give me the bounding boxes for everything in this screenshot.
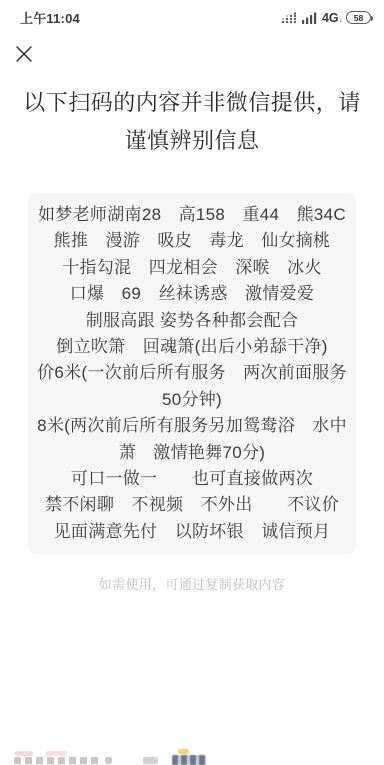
scan-warning-title: 以下扫码的内容并非微信提供，请谨慎辨别信息 [18,84,366,160]
status-bar: 上午11:04 4G¹ 58 [0,0,384,28]
scanned-content-card: 如梦老师湖南28 高158 重44 熊34C 熊推 漫游 吸皮 毒龙 仙女摘桃 … [28,193,356,554]
content-line: 倒立吹箫 回魂箫(出后小弟舔干净) [32,334,352,360]
content-line: 萧 激情艳舞70分) [32,440,352,466]
signal-sim1-icon [281,12,297,24]
clipped-text-fragment [172,755,206,765]
clipped-fragment [15,751,33,756]
battery-percent: 58 [354,13,363,23]
copy-hint-text: 如需使用，可通过复制获取内容 [0,574,384,593]
content-line: 十指勾混 四龙相会 深喉 冰火 [32,255,352,281]
content-line: 8米(两次前后所有服务另加鸳鸯浴 水中 [32,413,352,439]
clipped-text-fragment [105,757,112,764]
status-time: 上午11:04 [20,8,80,27]
battery-indicator: 58 [346,11,371,24]
content-line: 制服高跟 姿势各种都会配合 [32,308,352,334]
network-type-label: 4G¹ [322,11,341,25]
close-button[interactable] [12,42,36,66]
clipped-bottom-row [0,748,384,765]
content-line: 熊推 漫游 吸皮 毒龙 仙女摘桃 [32,228,352,254]
clipped-fragment [178,749,189,754]
signal-sim2-icon [302,12,317,24]
content-line: 见面满意先付 以防坏银 诚信预月 [32,519,352,545]
content-line: 50分钟) [32,387,352,413]
close-icon [15,45,33,63]
content-line: 价6米(一次前后所有服务 两次前面服务 [32,360,352,386]
clipped-text-fragment [143,757,158,764]
content-line: 如梦老师湖南28 高158 重44 熊34C [32,202,352,228]
content-line: 可口一做一 也可直接做两次 [32,466,352,492]
volte-icon: ¹ [340,19,342,26]
clipped-fragment [46,751,67,756]
clipped-text-fragment [14,757,100,764]
content-line: 禁不闲聊 不视频 不外出 不议价 [32,492,352,518]
content-line: 口爆 69 丝袜诱惑 激情爱爱 [32,281,352,307]
